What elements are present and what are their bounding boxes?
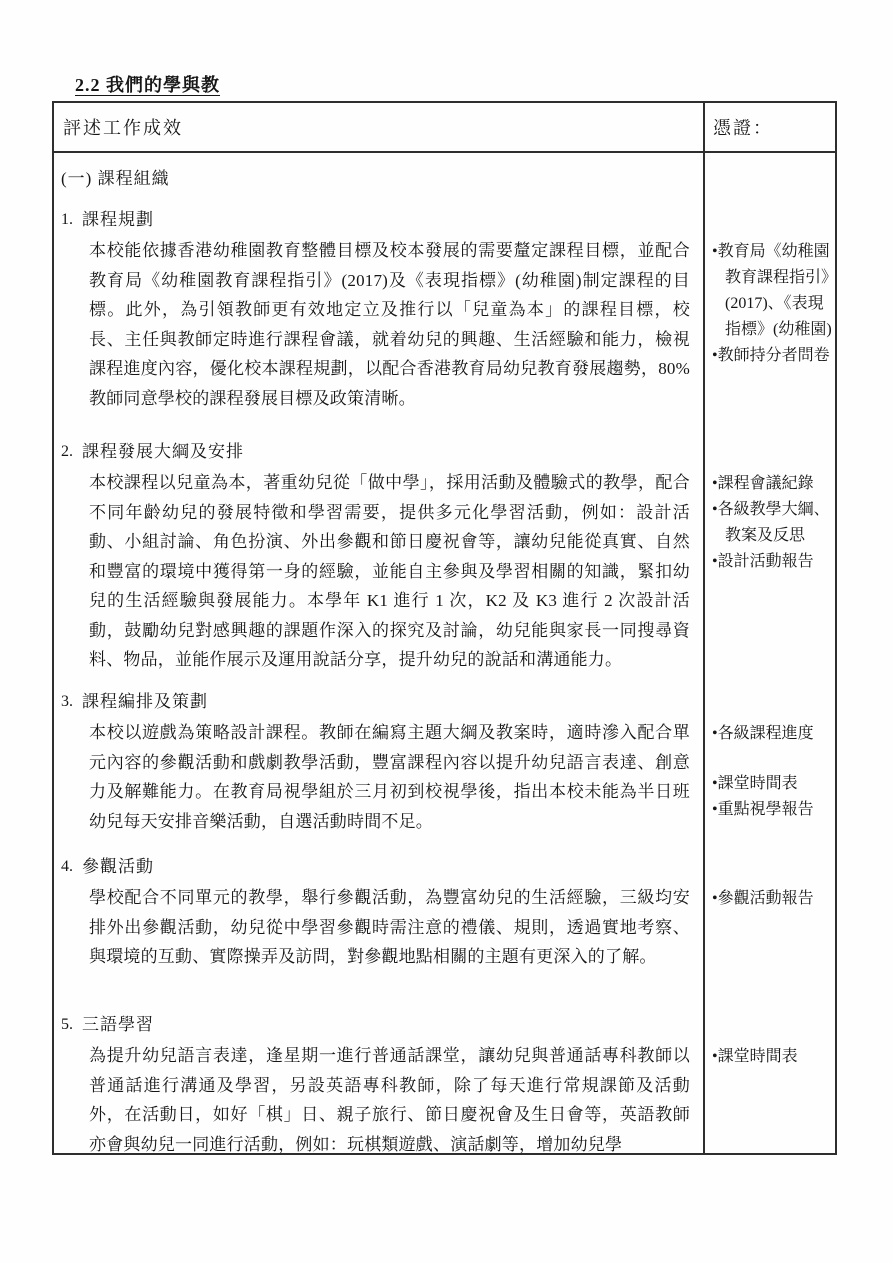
evidence-item: 設計活動報告: [712, 549, 832, 575]
evidence-group: 教育局《幼稚園教育課程指引》(2017)、《表現指標》(幼稚園)教師持分者問卷: [712, 239, 832, 369]
scanned-document-page: 2.2 我們的學與教 評述工作成效 憑證： (一) 課程組織 1.課程規劃本校能…: [0, 0, 893, 1263]
item-heading: 4.參觀活動: [54, 846, 703, 882]
item-title: 三語學習: [82, 1010, 154, 1040]
item-title: 課程編排及策劃: [82, 687, 208, 717]
column-header-evidence: 憑證：: [705, 103, 835, 151]
column-header-review: 評述工作成效: [54, 103, 705, 151]
item-number: 1.: [54, 205, 82, 235]
item-evidence-cell: 參觀活動報告: [705, 846, 835, 1004]
evidence-item: 課堂時間表: [712, 771, 832, 797]
evidence-group: 課堂時間表: [712, 1044, 832, 1070]
evidence-group: 參觀活動報告: [712, 886, 832, 912]
section-header-row: (一) 課程組織: [54, 153, 835, 199]
item-row-4: 4.參觀活動學校配合不同單元的教學，舉行參觀活動，為豐富幼兒的生活經驗，三級均安…: [54, 846, 835, 1004]
item-row-1: 1.課程規劃本校能依據香港幼稚園教育整體目標及校本發展的需要釐定課程目標，並配合…: [54, 199, 835, 431]
document-title: 2.2 我們的學與教: [75, 71, 220, 97]
item-body-text: 本校以遊戲為策略設計課程。教師在編寫主題大綱及教案時，適時滲入配合單元內容的參觀…: [54, 717, 703, 836]
item-evidence-cell: 課程會議紀錄各級教學大綱、教案及反思設計活動報告: [705, 431, 835, 681]
item-content-cell: 4.參觀活動學校配合不同單元的教學，舉行參觀活動，為豐富幼兒的生活經驗，三級均安…: [54, 846, 705, 1004]
item-content-cell: 2.課程發展大綱及安排本校課程以兒童為本，著重幼兒從「做中學」，採用活動及體驗式…: [54, 431, 705, 681]
item-heading: 1.課程規劃: [54, 199, 703, 235]
item-title: 參觀活動: [82, 852, 154, 882]
item-evidence-cell: 課堂時間表: [705, 1004, 835, 1155]
item-body-text: 本校課程以兒童為本，著重幼兒從「做中學」，採用活動及體驗式的教學，配合不同年齡幼…: [54, 467, 703, 675]
item-body-text: 為提升幼兒語言表達，逢星期一進行普通話課堂，讓幼兒與普通話專科教師以普通話進行溝…: [54, 1040, 703, 1155]
item-content-cell: 3.課程編排及策劃本校以遊戲為策略設計課程。教師在編寫主題大綱及教案時，適時滲入…: [54, 681, 705, 846]
item-body-text: 本校能依據香港幼稚園教育整體目標及校本發展的需要釐定課程目標，並配合教育局《幼稚…: [54, 235, 703, 413]
evidence-item: 重點視學報告: [712, 797, 832, 823]
item-content-cell: 1.課程規劃本校能依據香港幼稚園教育整體目標及校本發展的需要釐定課程目標，並配合…: [54, 199, 705, 431]
item-row-2: 2.課程發展大綱及安排本校課程以兒童為本，著重幼兒從「做中學」，採用活動及體驗式…: [54, 431, 835, 681]
item-number: 4.: [54, 852, 82, 882]
item-row-5: 5.三語學習為提升幼兒語言表達，逢星期一進行普通話課堂，讓幼兒與普通話專科教師以…: [54, 1004, 835, 1155]
evidence-item: 參觀活動報告: [712, 886, 832, 912]
evidence-item: 課堂時間表: [712, 1044, 832, 1070]
item-title: 課程發展大綱及安排: [82, 437, 244, 467]
evidence-group: 課程會議紀錄各級教學大綱、教案及反思設計活動報告: [712, 471, 832, 575]
evidence-group: 各級課程進度: [712, 721, 832, 747]
evidence-item: 各級課程進度: [712, 721, 832, 747]
item-number: 5.: [54, 1010, 82, 1040]
section-header-evidence-spacer: [705, 153, 835, 199]
item-body-text: 學校配合不同單元的教學，舉行參觀活動，為豐富幼兒的生活經驗，三級均安排外出參觀活…: [54, 882, 703, 972]
item-number: 3.: [54, 687, 82, 717]
evidence-item: 各級教學大綱、教案及反思: [712, 497, 832, 549]
item-title: 課程規劃: [82, 205, 154, 235]
evidence-item: 教育局《幼稚園教育課程指引》(2017)、《表現指標》(幼稚園): [712, 239, 832, 343]
item-evidence-cell: 教育局《幼稚園教育課程指引》(2017)、《表現指標》(幼稚園)教師持分者問卷: [705, 199, 835, 431]
item-evidence-cell: 各級課程進度課堂時間表重點視學報告: [705, 681, 835, 846]
section-header: (一) 課程組織: [54, 153, 705, 199]
review-table: 評述工作成效 憑證： (一) 課程組織 1.課程規劃本校能依據香港幼稚園教育整體…: [52, 101, 837, 1155]
item-heading: 5.三語學習: [54, 1004, 703, 1040]
item-content-cell: 5.三語學習為提升幼兒語言表達，逢星期一進行普通話課堂，讓幼兒與普通話專科教師以…: [54, 1004, 705, 1155]
item-row-3: 3.課程編排及策劃本校以遊戲為策略設計課程。教師在編寫主題大綱及教案時，適時滲入…: [54, 681, 835, 846]
evidence-group: 課堂時間表重點視學報告: [712, 771, 832, 823]
table-header-row: 評述工作成效 憑證：: [54, 103, 835, 153]
evidence-item: 課程會議紀錄: [712, 471, 832, 497]
item-heading: 2.課程發展大綱及安排: [54, 431, 703, 467]
item-heading: 3.課程編排及策劃: [54, 681, 703, 717]
item-number: 2.: [54, 437, 82, 467]
evidence-item: 教師持分者問卷: [712, 343, 832, 369]
